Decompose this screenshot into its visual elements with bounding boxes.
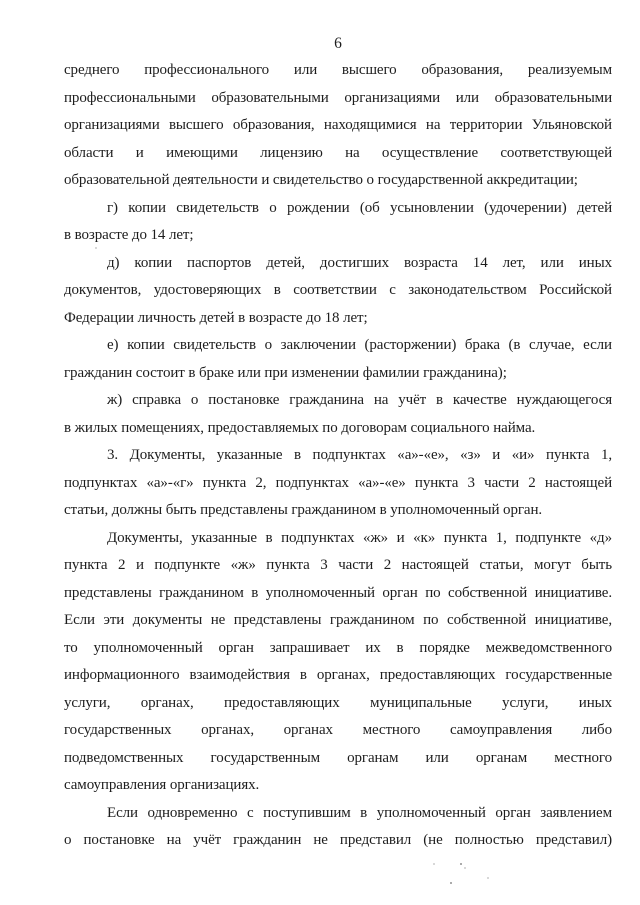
text-line: е) копии свидетельств о заключении (раст… (64, 332, 612, 360)
text-line: подведомственных государственным органам… (64, 745, 612, 773)
text-line: то уполномоченный орган запрашивает их в… (64, 635, 612, 663)
text-body: среднего профессионального или высшего о… (64, 57, 612, 855)
text-line: г) копии свидетельств о рождении (об усы… (64, 195, 612, 223)
scan-speck (460, 863, 462, 865)
text-line: образовательной деятельности и свидетель… (64, 167, 612, 195)
text-line: Федерации личность детей в возрасте до 1… (64, 305, 612, 333)
text-line: пункта 2 и подпункте «ж» пункта 3 части … (64, 552, 612, 580)
scan-speck (450, 882, 452, 884)
scan-speck (487, 877, 489, 879)
text-line: Если эти документы не представлены гражд… (64, 607, 612, 635)
text-line: в возрасте до 14 лет; (64, 222, 612, 250)
text-line: гражданин состоит в браке или при измене… (64, 360, 612, 388)
text-line: самоуправления организациях. (64, 772, 612, 800)
page-number: 6 (64, 34, 612, 54)
text-line: ж) справка о постановке гражданина на уч… (64, 387, 612, 415)
text-line: о постановке на учёт гражданин не предст… (64, 827, 612, 855)
text-line: 3. Документы, указанные в подпунктах «а»… (64, 442, 612, 470)
text-line: профессиональными образовательными орган… (64, 85, 612, 113)
scan-speck (95, 247, 97, 249)
text-line: области и имеющими лицензию на осуществл… (64, 140, 612, 168)
text-line: Если одновременно с поступившим в уполно… (64, 800, 612, 828)
text-line: государственных органах, органах местног… (64, 717, 612, 745)
text-line: организациями высшего образования, наход… (64, 112, 612, 140)
text-line: услуги, органах, предоставляющих муницип… (64, 690, 612, 718)
text-line: подпунктах «а»-«г» пункта 2, подпунктах … (64, 470, 612, 498)
text-line: в жилых помещениях, предоставляемых по д… (64, 415, 612, 443)
document-page: 6 среднего профессионального или высшего… (0, 0, 640, 905)
text-line: Документы, указанные в подпунктах «ж» и … (64, 525, 612, 553)
text-line: документов, удостоверяющих в соответстви… (64, 277, 612, 305)
scan-speck (433, 863, 435, 865)
text-line: представлены гражданином в уполномоченны… (64, 580, 612, 608)
text-line: статьи, должны быть представлены граждан… (64, 497, 612, 525)
text-line: информационного взаимодействия в органах… (64, 662, 612, 690)
scan-speck (464, 867, 466, 869)
text-line: д) копии паспортов детей, достигших возр… (64, 250, 612, 278)
text-line: среднего профессионального или высшего о… (64, 57, 612, 85)
